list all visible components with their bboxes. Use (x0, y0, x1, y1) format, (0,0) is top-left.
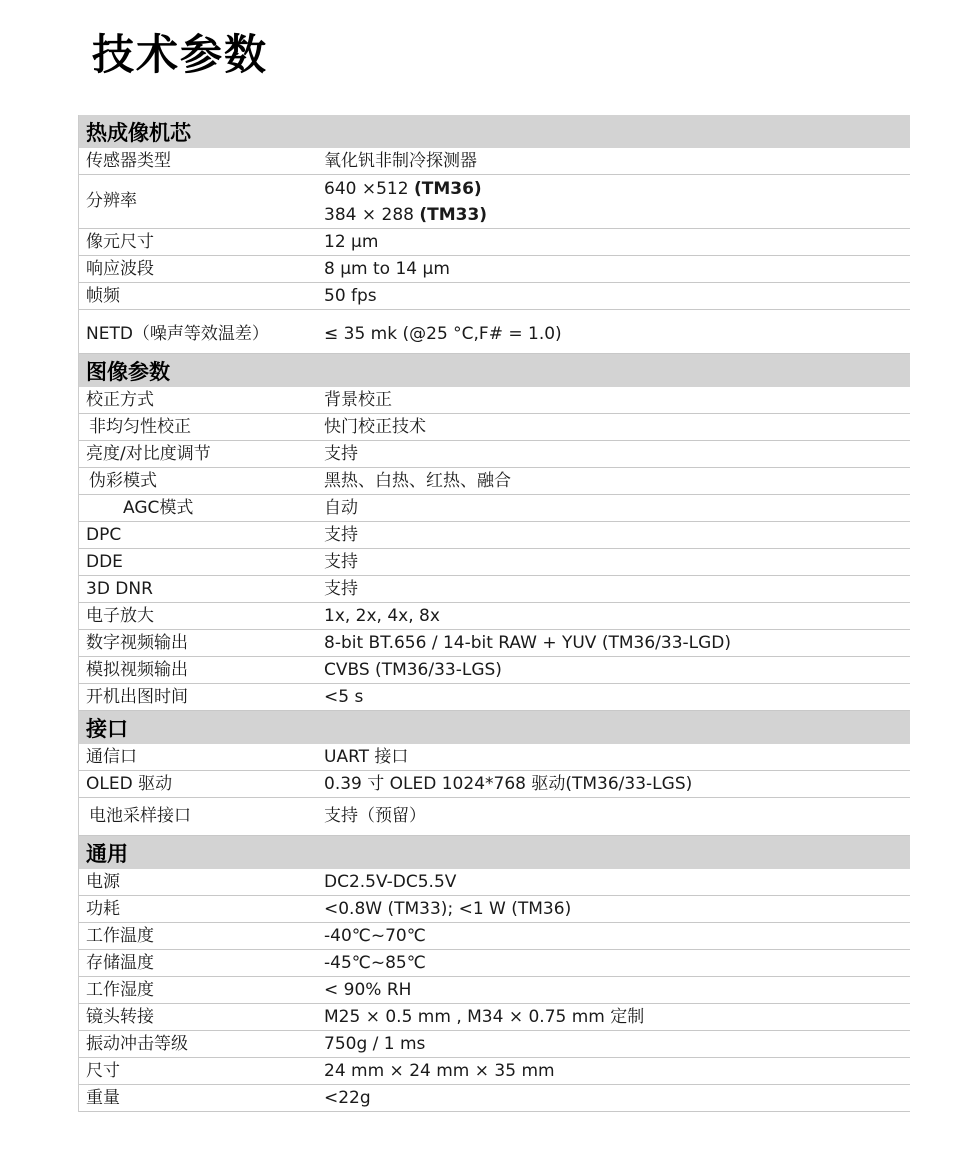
spec-row: 镜头转接M25 × 0.5 mm , M34 × 0.75 mm 定制 (79, 1004, 910, 1031)
spec-value-bold-segment: (TM36) (414, 179, 482, 199)
spec-row: 帧频50 fps (79, 283, 910, 310)
spec-value: ≤ 35 mk (@25 °C,F# = 1.0) (324, 322, 910, 347)
spec-value: 支持 (324, 523, 910, 548)
spec-value: 自动 (324, 496, 910, 521)
spec-row: 重量<22g (79, 1085, 910, 1112)
spec-value: 支持（预留） (324, 804, 910, 829)
spec-label: 校正方式 (79, 388, 324, 413)
spec-label: 尺寸 (79, 1059, 324, 1084)
spec-value: 0.39 寸 OLED 1024*768 驱动(TM36/33-LGS) (324, 772, 910, 797)
spec-label: 工作湿度 (79, 978, 324, 1003)
spec-label: 3D DNR (79, 577, 324, 602)
spec-value: 8-bit BT.656 / 14-bit RAW + YUV (TM36/33… (324, 631, 910, 656)
spec-table: 热成像机芯传感器类型氧化钒非制冷探测器分辨率640 ×512 (TM36)384… (78, 115, 910, 1112)
section-header: 接口 (79, 711, 910, 744)
spec-label: 分辨率 (79, 189, 324, 214)
spec-value: 快门校正技术 (324, 415, 910, 440)
spec-row: 功耗<0.8W (TM33); <1 W (TM36) (79, 896, 910, 923)
spec-row: 存储温度-45℃~85℃ (79, 950, 910, 977)
spec-row: 传感器类型氧化钒非制冷探测器 (79, 148, 910, 175)
spec-label: 数字视频输出 (79, 631, 324, 656)
spec-row: 伪彩模式黑热、白热、红热、融合 (79, 468, 910, 495)
spec-label: 振动冲击等级 (79, 1032, 324, 1057)
spec-value: DC2.5V-DC5.5V (324, 870, 910, 895)
spec-value: 背景校正 (324, 388, 910, 413)
spec-section: 热成像机芯传感器类型氧化钒非制冷探测器分辨率640 ×512 (TM36)384… (79, 115, 910, 354)
spec-label: DDE (79, 550, 324, 575)
spec-row: 尺寸24 mm × 24 mm × 35 mm (79, 1058, 910, 1085)
spec-label: 电池采样接口 (79, 804, 324, 829)
spec-row: 像元尺寸12 μm (79, 229, 910, 256)
spec-row: 3D DNR支持 (79, 576, 910, 603)
spec-section: 图像参数校正方式背景校正非均匀性校正快门校正技术亮度/对比度调节支持伪彩模式黑热… (79, 354, 910, 711)
spec-row: 响应波段8 μm to 14 μm (79, 256, 910, 283)
spec-value: 8 μm to 14 μm (324, 257, 910, 282)
spec-row: 开机出图时间<5 s (79, 684, 910, 711)
spec-value: 支持 (324, 442, 910, 467)
spec-value: < 90% RH (324, 978, 910, 1003)
spec-value: M25 × 0.5 mm , M34 × 0.75 mm 定制 (324, 1005, 910, 1030)
spec-label: 电源 (79, 870, 324, 895)
spec-row: 振动冲击等级750g / 1 ms (79, 1031, 910, 1058)
spec-value: 12 μm (324, 230, 910, 255)
spec-value: <22g (324, 1086, 910, 1111)
spec-row: 通信口UART 接口 (79, 744, 910, 771)
spec-label: 传感器类型 (79, 149, 324, 174)
spec-row: 非均匀性校正快门校正技术 (79, 414, 910, 441)
spec-label: 开机出图时间 (79, 685, 324, 710)
spec-value-line: 384 × 288 (TM33) (324, 202, 910, 228)
spec-value: 24 mm × 24 mm × 35 mm (324, 1059, 910, 1084)
spec-value: 640 ×512 (TM36)384 × 288 (TM33) (324, 176, 910, 228)
spec-row: 电子放大1x, 2x, 4x, 8x (79, 603, 910, 630)
spec-value: 50 fps (324, 284, 910, 309)
spec-label: 镜头转接 (79, 1005, 324, 1030)
spec-label: AGC模式 (79, 496, 324, 521)
spec-value: CVBS (TM36/33-LGS) (324, 658, 910, 683)
spec-label: 重量 (79, 1086, 324, 1111)
spec-label: 工作温度 (79, 924, 324, 949)
spec-label: NETD（噪声等效温差） (79, 322, 324, 347)
spec-value: 支持 (324, 577, 910, 602)
spec-section: 通用电源DC2.5V-DC5.5V功耗<0.8W (TM33); <1 W (T… (79, 836, 910, 1112)
spec-label: 功耗 (79, 897, 324, 922)
spec-section: 接口通信口UART 接口OLED 驱动0.39 寸 OLED 1024*768 … (79, 711, 910, 836)
spec-row: 工作温度-40℃~70℃ (79, 923, 910, 950)
spec-row: 模拟视频输出CVBS (TM36/33-LGS) (79, 657, 910, 684)
spec-row: 校正方式背景校正 (79, 387, 910, 414)
spec-row: 电源DC2.5V-DC5.5V (79, 869, 910, 896)
spec-row: OLED 驱动0.39 寸 OLED 1024*768 驱动(TM36/33-L… (79, 771, 910, 798)
spec-value: 氧化钒非制冷探测器 (324, 149, 910, 174)
spec-label: 像元尺寸 (79, 230, 324, 255)
spec-label: OLED 驱动 (79, 772, 324, 797)
spec-value: <5 s (324, 685, 910, 710)
spec-row: DDE支持 (79, 549, 910, 576)
spec-value: 1x, 2x, 4x, 8x (324, 604, 910, 629)
spec-label: DPC (79, 523, 324, 548)
spec-row: 数字视频输出8-bit BT.656 / 14-bit RAW + YUV (T… (79, 630, 910, 657)
section-header: 通用 (79, 836, 910, 869)
spec-label: 亮度/对比度调节 (79, 442, 324, 467)
spec-row: AGC模式自动 (79, 495, 910, 522)
spec-row: NETD（噪声等效温差）≤ 35 mk (@25 °C,F# = 1.0) (79, 310, 910, 354)
spec-value: 750g / 1 ms (324, 1032, 910, 1057)
spec-row: 工作湿度< 90% RH (79, 977, 910, 1004)
spec-value-segment: 384 × 288 (324, 205, 419, 225)
spec-label: 帧频 (79, 284, 324, 309)
spec-value: 黑热、白热、红热、融合 (324, 469, 910, 494)
spec-value: 支持 (324, 550, 910, 575)
spec-label: 伪彩模式 (79, 469, 324, 494)
spec-row: 电池采样接口支持（预留） (79, 798, 910, 836)
spec-row: DPC支持 (79, 522, 910, 549)
spec-value-bold-segment: (TM33) (419, 205, 487, 225)
spec-label: 非均匀性校正 (79, 415, 324, 440)
spec-row: 亮度/对比度调节支持 (79, 441, 910, 468)
spec-label: 电子放大 (79, 604, 324, 629)
spec-row: 分辨率640 ×512 (TM36)384 × 288 (TM33) (79, 175, 910, 229)
spec-label: 模拟视频输出 (79, 658, 324, 683)
section-header: 热成像机芯 (79, 115, 910, 148)
spec-value: UART 接口 (324, 745, 910, 770)
spec-value-segment: 640 ×512 (324, 179, 414, 199)
spec-label: 通信口 (79, 745, 324, 770)
page-title: 技术参数 (92, 22, 268, 82)
spec-sheet-page: 技术参数 热成像机芯传感器类型氧化钒非制冷探测器分辨率640 ×512 (TM3… (0, 0, 959, 1150)
spec-value: -40℃~70℃ (324, 924, 910, 949)
spec-label: 响应波段 (79, 257, 324, 282)
section-header: 图像参数 (79, 354, 910, 387)
spec-label: 存储温度 (79, 951, 324, 976)
spec-value: <0.8W (TM33); <1 W (TM36) (324, 897, 910, 922)
spec-value-line: 640 ×512 (TM36) (324, 176, 910, 202)
spec-value: -45℃~85℃ (324, 951, 910, 976)
